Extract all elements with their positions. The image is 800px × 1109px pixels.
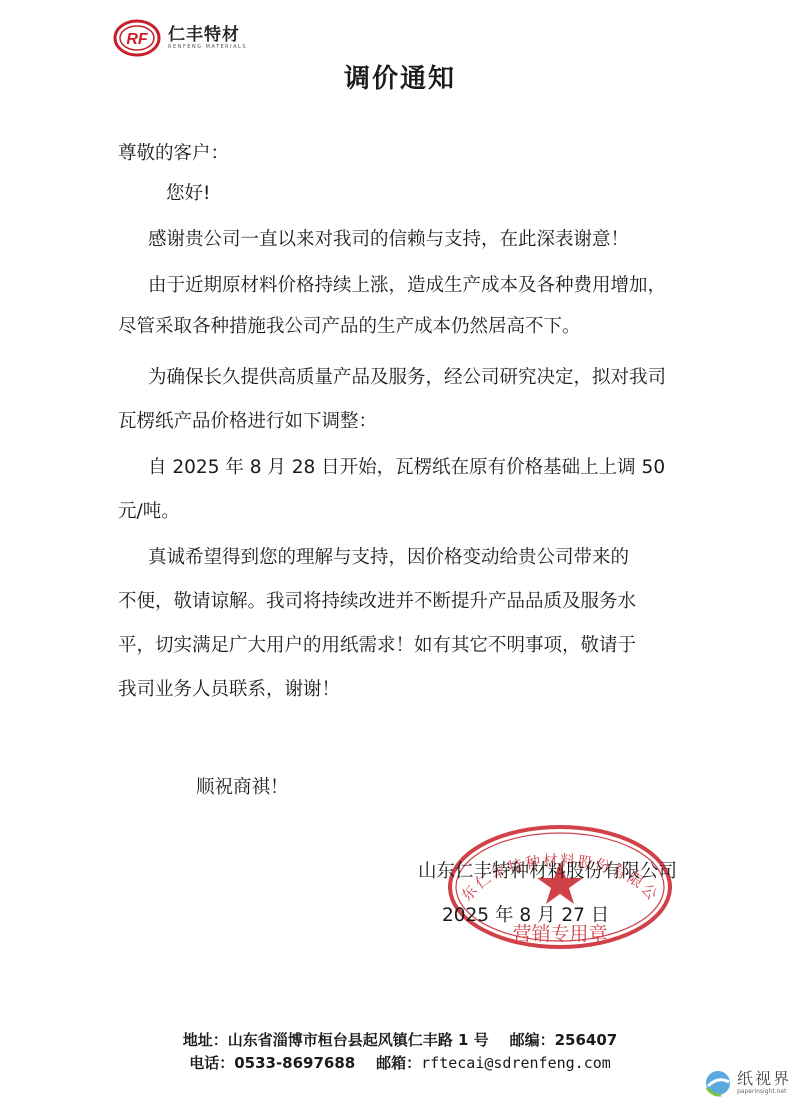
watermark-url: paperinsight.net — [737, 1088, 791, 1096]
paragraph-apology-line3: 平，切实满足广大用户的用纸需求！如有其它不明事项，敬请于 — [118, 634, 718, 658]
email-value: rftecai@sdrenfeng.com — [421, 1054, 611, 1072]
postcode-value: 256407 — [555, 1031, 618, 1049]
globe-logo-icon — [703, 1068, 733, 1098]
closing: 顺祝商祺！ — [196, 776, 796, 800]
paragraph-reason-line1: 由于近期原材料价格持续上涨，造成生产成本及各种费用增加， — [148, 274, 748, 298]
paragraph-reason-line2: 尽管采取各种措施我公司产品的生产成本仍然居高不下。 — [118, 315, 718, 339]
signature-company: 山东仁丰特种材料股份有限公司 — [418, 857, 677, 883]
phone-label: 电话： — [189, 1054, 234, 1072]
paragraph-apology-line2: 不便，敬请谅解。我司将持续改进并不断提升产品品质及服务水 — [118, 590, 718, 614]
svg-text:RF: RF — [126, 31, 149, 48]
paragraph-adjustment-line2: 元/吨。 — [118, 500, 718, 524]
phone-value: 0533-8697688 — [234, 1054, 355, 1072]
paragraph-apology-line4: 我司业务人员联系，谢谢！ — [118, 678, 718, 702]
footer-contact-line: 电话：0533-8697688 邮箱：rftecai@sdrenfeng.com — [0, 1052, 800, 1073]
paragraph-decision-line2: 瓦楞纸产品价格进行如下调整： — [118, 410, 718, 434]
company-seal-stamp: 山东仁丰特种材料股份有限公司 营销专用章 — [445, 822, 675, 952]
paragraph-decision-line1: 为确保长久提供高质量产品及服务，经公司研究决定，拟对我司 — [148, 366, 748, 390]
paragraph-adjustment-line1: 自 2025 年 8 月 28 日开始，瓦楞纸在原有价格基础上上调 50 — [148, 456, 748, 480]
address-value: 山东省淄博市桓台县起风镇仁丰路 1 号 — [228, 1031, 489, 1049]
address-label: 地址： — [183, 1031, 228, 1049]
footer-address-line: 地址：山东省淄博市桓台县起风镇仁丰路 1 号 邮编：256407 — [0, 1029, 800, 1050]
signature-date: 2025 年 8 月 27 日 — [442, 901, 609, 927]
watermark-name: 纸视界 — [737, 1070, 791, 1088]
paperinsight-watermark: 纸视界 paperinsight.net — [703, 1068, 791, 1098]
logo-name-en: RENFENG MATERIALS — [168, 44, 247, 51]
company-logo: RF 仁丰特材 RENFENG MATERIALS — [112, 18, 247, 58]
page-title: 调价通知 — [0, 58, 800, 95]
paragraph-apology-line1: 真诚希望得到您的理解与支持，因价格变动给贵公司带来的 — [148, 546, 748, 570]
postcode-label: 邮编： — [510, 1031, 555, 1049]
salutation: 尊敬的客户： — [118, 142, 718, 166]
rf-logo-icon: RF — [112, 18, 162, 58]
paragraph-thanks: 感谢贵公司一直以来对我司的信赖与支持，在此深表谢意！ — [148, 228, 748, 252]
email-label: 邮箱： — [376, 1054, 421, 1072]
logo-name-cn: 仁丰特材 — [168, 26, 247, 44]
greeting: 您好! — [166, 182, 766, 206]
